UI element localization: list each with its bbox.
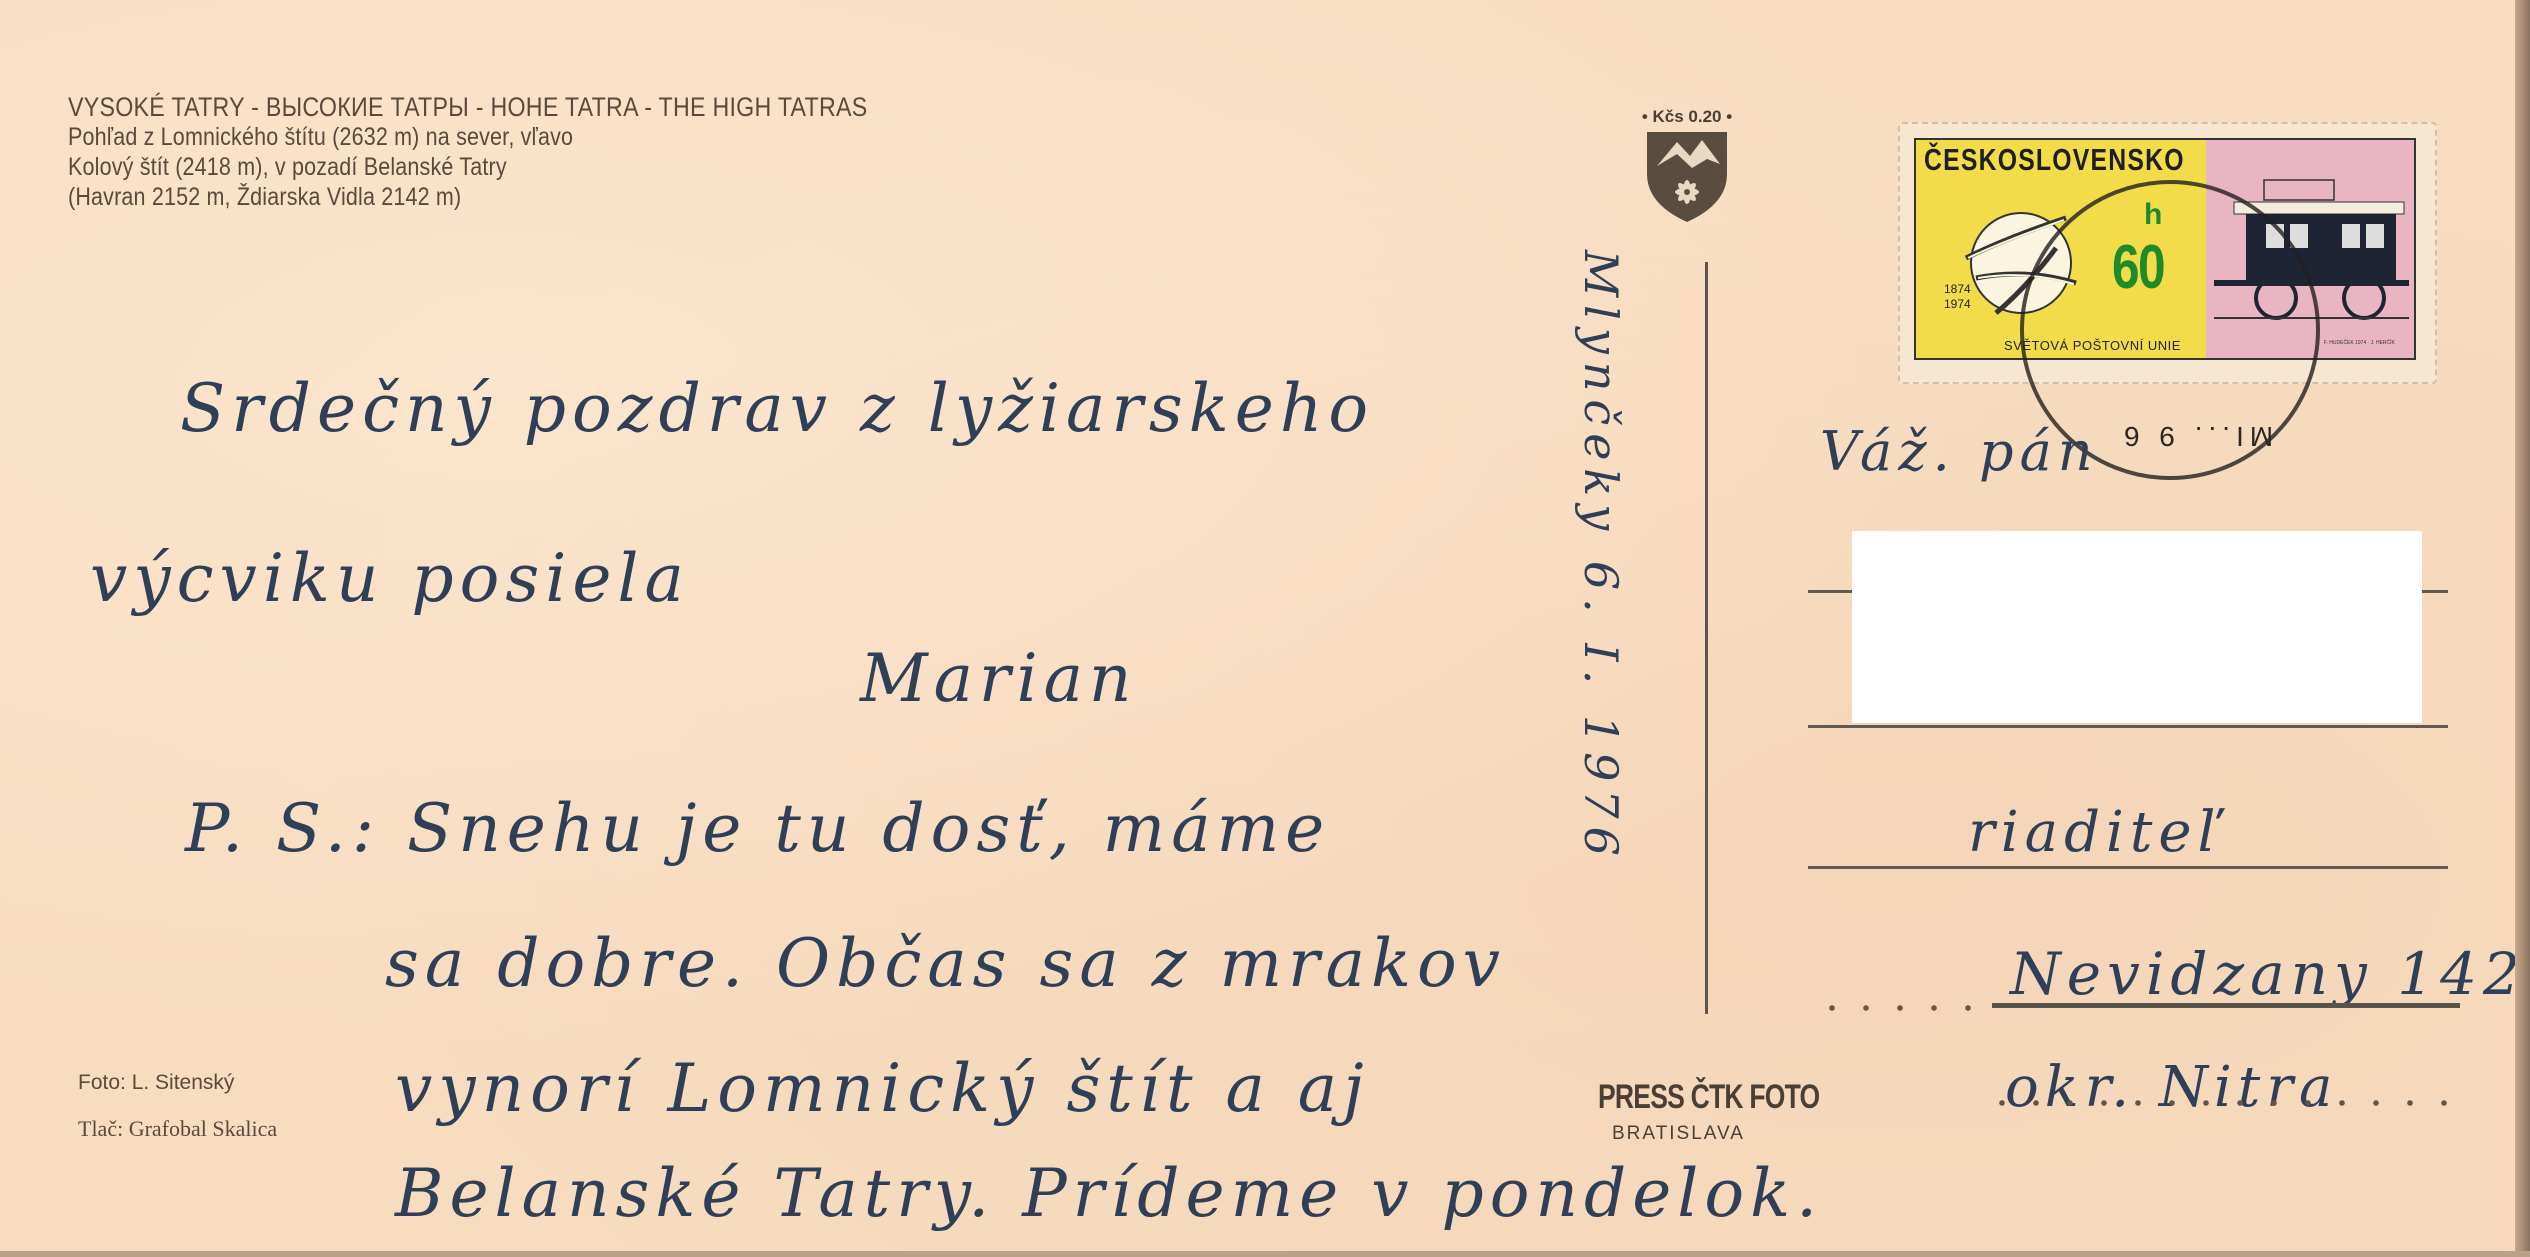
printer-credit: Tlač: Grafobal Skalica: [78, 1106, 277, 1152]
svg-text:• Kčs 0.20 •: • Kčs 0.20 •: [1642, 107, 1732, 126]
tourism-shield-mark: • Kčs 0.20 •: [1622, 104, 1752, 229]
message-ps-line-3: vynorí Lomnický štít a aj: [395, 1050, 1370, 1127]
message-ps-line-1: P. S.: Snehu je tu dosť, máme: [185, 790, 1330, 867]
card-edge-bottom: [0, 1251, 2530, 1257]
postmark-text: MI... 9 6: [2118, 420, 2273, 452]
address-district: okr. Nitra: [2005, 1055, 2338, 1120]
message-signature: Marian: [860, 640, 1137, 717]
stamp-years: 1874 1974: [1944, 282, 1971, 312]
print-credits: Foto: L. Sitenský Tlač: Grafobal Skalica: [78, 1060, 277, 1152]
caption-line-2: Kolový štít (2418 m), v pozadí Belanské …: [68, 152, 868, 182]
publisher-logo: PRESS ČTK FOTO BRATISLAVA: [1598, 1078, 1882, 1145]
address-dots-left: [1815, 1005, 1985, 1011]
card-edge-right: [2515, 0, 2530, 1257]
photo-credit: Foto: L. Sitenský: [78, 1060, 277, 1106]
message-line-1: Srdečný pozdrav z lyžiarskeho: [180, 370, 1374, 447]
message-line-2: výcviku posiela: [90, 540, 690, 617]
sender-place-date: Mlynčeky 6. I. 1976: [1574, 250, 1628, 864]
address-dots-bottom: [1985, 1100, 2455, 1106]
address-title: riaditeľ: [1968, 800, 2226, 865]
address-town: Nevidzany 142: [2010, 940, 2526, 1008]
stamp-engraver: F. HUDEČEK 1974 · J. HERČÍK: [2324, 340, 2395, 346]
postcard-caption: VYSOKÉ TATRY - ВЫСОКИЕ ТАТРЫ - HOHE TATR…: [68, 92, 868, 212]
address-line-3: [1808, 866, 2448, 869]
publisher-city: BRATISLAVA: [1612, 1123, 1882, 1145]
redacted-recipient-name: [1852, 531, 2422, 723]
mountain-edelweiss-shield-icon: • Kčs 0.20 •: [1622, 104, 1752, 229]
message-ps-line-4: Belanské Tatry. Prídeme v pondelok.: [395, 1155, 1823, 1232]
message-ps-line-2: sa dobre. Občas sa z mrakov: [385, 925, 1506, 1002]
caption-line-1: Pohľad z Lomnického štítu (2632 m) na se…: [68, 122, 868, 152]
caption-line-3: (Havran 2152 m, Ždiarska Vidla 2142 m): [68, 182, 868, 212]
address-line-2: [1808, 725, 2448, 728]
address-line-4-postcode: [1992, 1003, 2460, 1008]
press-foto-logo: PRESS ČTK FOTO: [1598, 1078, 1819, 1117]
postcard-divider: [1705, 262, 1708, 1014]
caption-title: VYSOKÉ TATRY - ВЫСОКИЕ ТАТРЫ - HOHE TATR…: [68, 92, 868, 122]
address-salutation: Váž. pán: [1820, 420, 2099, 483]
stamp-country: ČESKOSLOVENSKO: [1924, 142, 2185, 178]
